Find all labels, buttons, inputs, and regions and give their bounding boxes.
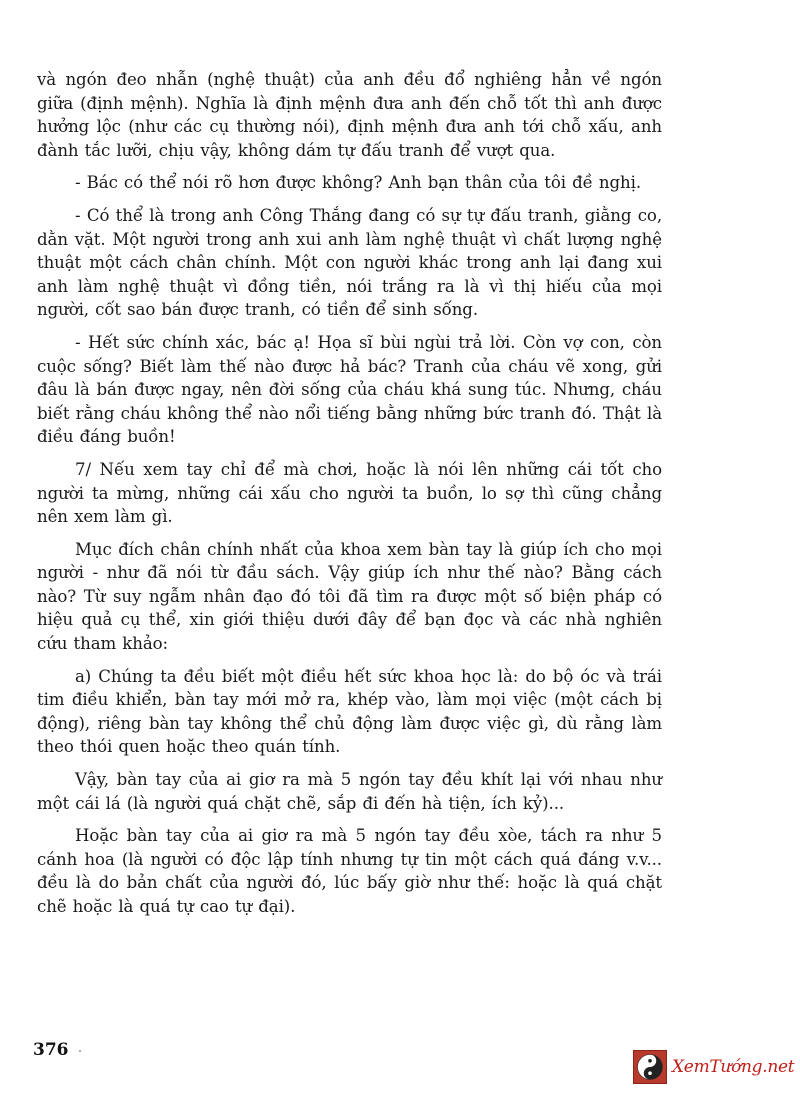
paragraph: a) Chúng ta đều biết một điều hết sức kh… — [37, 665, 662, 759]
watermark-logo: XemTướng.net — [633, 1049, 794, 1085]
page-body: và ngón đeo nhẫn (nghệ thuật) của anh đề… — [37, 68, 662, 928]
paragraph: Mục đích chân chính nhất của khoa xem bà… — [37, 538, 662, 656]
logo-box — [633, 1050, 667, 1084]
paragraph: Hoặc bàn tay của ai giơ ra mà 5 ngón tay… — [37, 824, 662, 918]
watermark-text: XemTướng.net — [672, 1057, 794, 1077]
paragraph: và ngón đeo nhẫn (nghệ thuật) của anh đề… — [37, 68, 662, 162]
page-number: 376 — [33, 1040, 69, 1060]
paragraph: Vậy, bàn tay của ai giơ ra mà 5 ngón tay… — [37, 768, 662, 815]
scan-speck — [79, 1050, 81, 1052]
paragraph: - Có thể là trong anh Công Thắng đang có… — [37, 204, 662, 322]
yin-yang-icon — [637, 1054, 663, 1080]
paragraph: - Hết sức chính xác, bác ạ! Họa sĩ bùi n… — [37, 331, 662, 449]
paragraph: 7/ Nếu xem tay chỉ để mà chơi, hoặc là n… — [37, 458, 662, 529]
paragraph: - Bác có thể nói rõ hơn được không? Anh … — [37, 171, 662, 195]
